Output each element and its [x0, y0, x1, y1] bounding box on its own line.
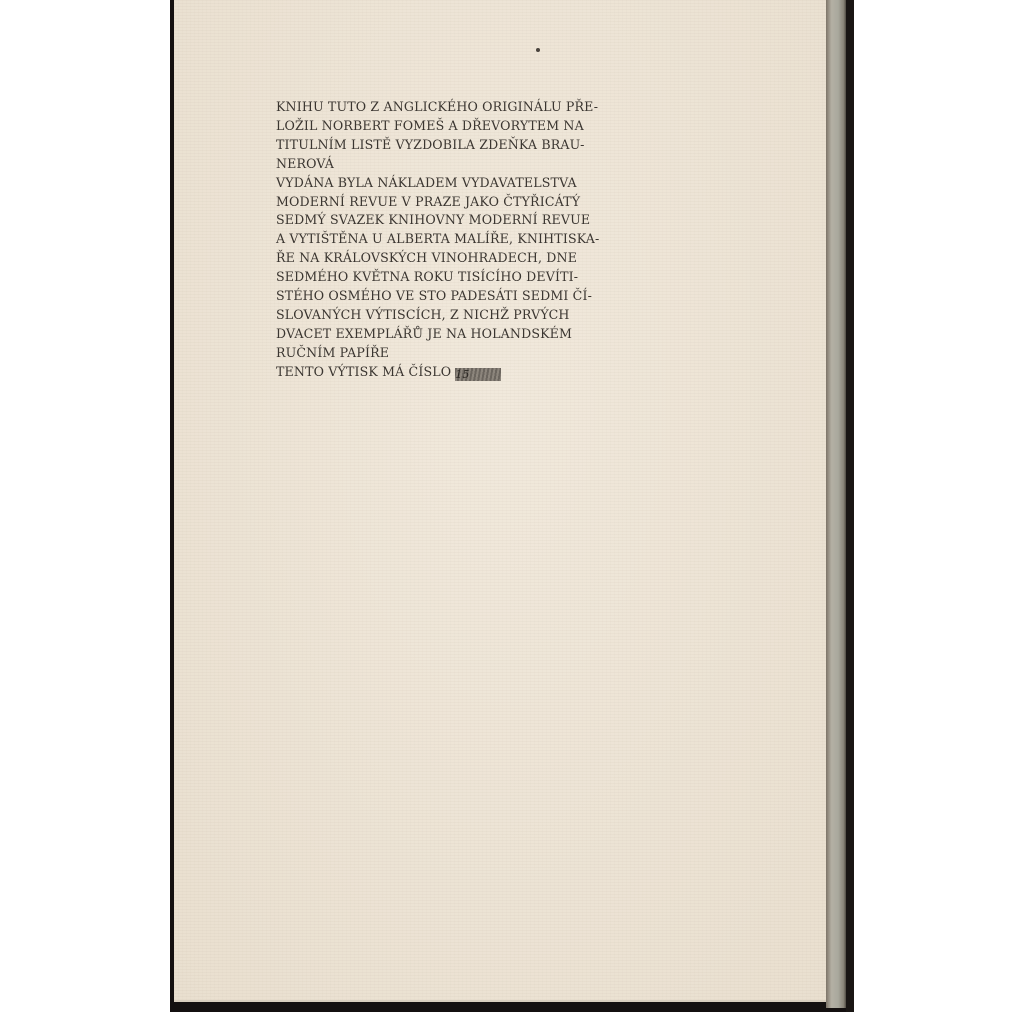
text-line: VYDÁNA BYLA NÁKLADEM VYDAVATELSTVA [276, 174, 542, 193]
book: KNIHU TUTO Z ANGLICKÉHO ORIGINÁLU PŘE- L… [170, 0, 854, 1012]
text-line: MODERNÍ REVUE V PRAZE JAKO ČTYŘICÁTÝ [276, 193, 542, 212]
text-line: ŘE NA KRÁLOVSKÝCH VINOHRADECH, DNE [276, 249, 542, 268]
page-edges [826, 0, 848, 1008]
cover-edge [846, 0, 854, 1012]
copy-number-line: TENTO VÝTISK MÁ ČÍSLO15 [276, 363, 542, 382]
text-line: SEDMÉHO KVĚTNA ROKU TISÍCÍHO DEVÍTI- [276, 268, 542, 287]
text-line: KNIHU TUTO Z ANGLICKÉHO ORIGINÁLU PŘE- [276, 98, 542, 117]
text-line: LOŽIL NORBERT FOMEŠ A DŘEVORYTEM NA [276, 117, 542, 136]
text-line: A VYTIŠTĚNA U ALBERTA MALÍŘE, KNIHTISKA- [276, 230, 542, 249]
text-line: SEDMÝ SVAZEK KNIHOVNY MODERNÍ REVUE [276, 211, 542, 230]
text-line: RUČNÍM PAPÍŘE [276, 344, 542, 363]
colophon-text: KNIHU TUTO Z ANGLICKÉHO ORIGINÁLU PŘE- L… [276, 98, 542, 382]
copy-number-stamp: 15 [455, 368, 501, 381]
text-line: SLOVANÝCH VÝTISCÍCH, Z NICHŽ PRVÝCH [276, 306, 542, 325]
text-line: TITULNÍM LISTĚ VYZDOBILA ZDEŇKA BRAU- [276, 136, 542, 155]
text-line: STÉHO OSMÉHO VE STO PADESÁTI SEDMI ČÍ- [276, 287, 542, 306]
text-line: DVACET EXEMPLÁŘŮ JE NA HOLANDSKÉM [276, 325, 542, 344]
text-line: NEROVÁ [276, 155, 542, 174]
colophon-page: KNIHU TUTO Z ANGLICKÉHO ORIGINÁLU PŘE- L… [174, 0, 826, 1002]
copy-number-label: TENTO VÝTISK MÁ ČÍSLO [276, 364, 451, 379]
ink-speck [536, 48, 540, 52]
